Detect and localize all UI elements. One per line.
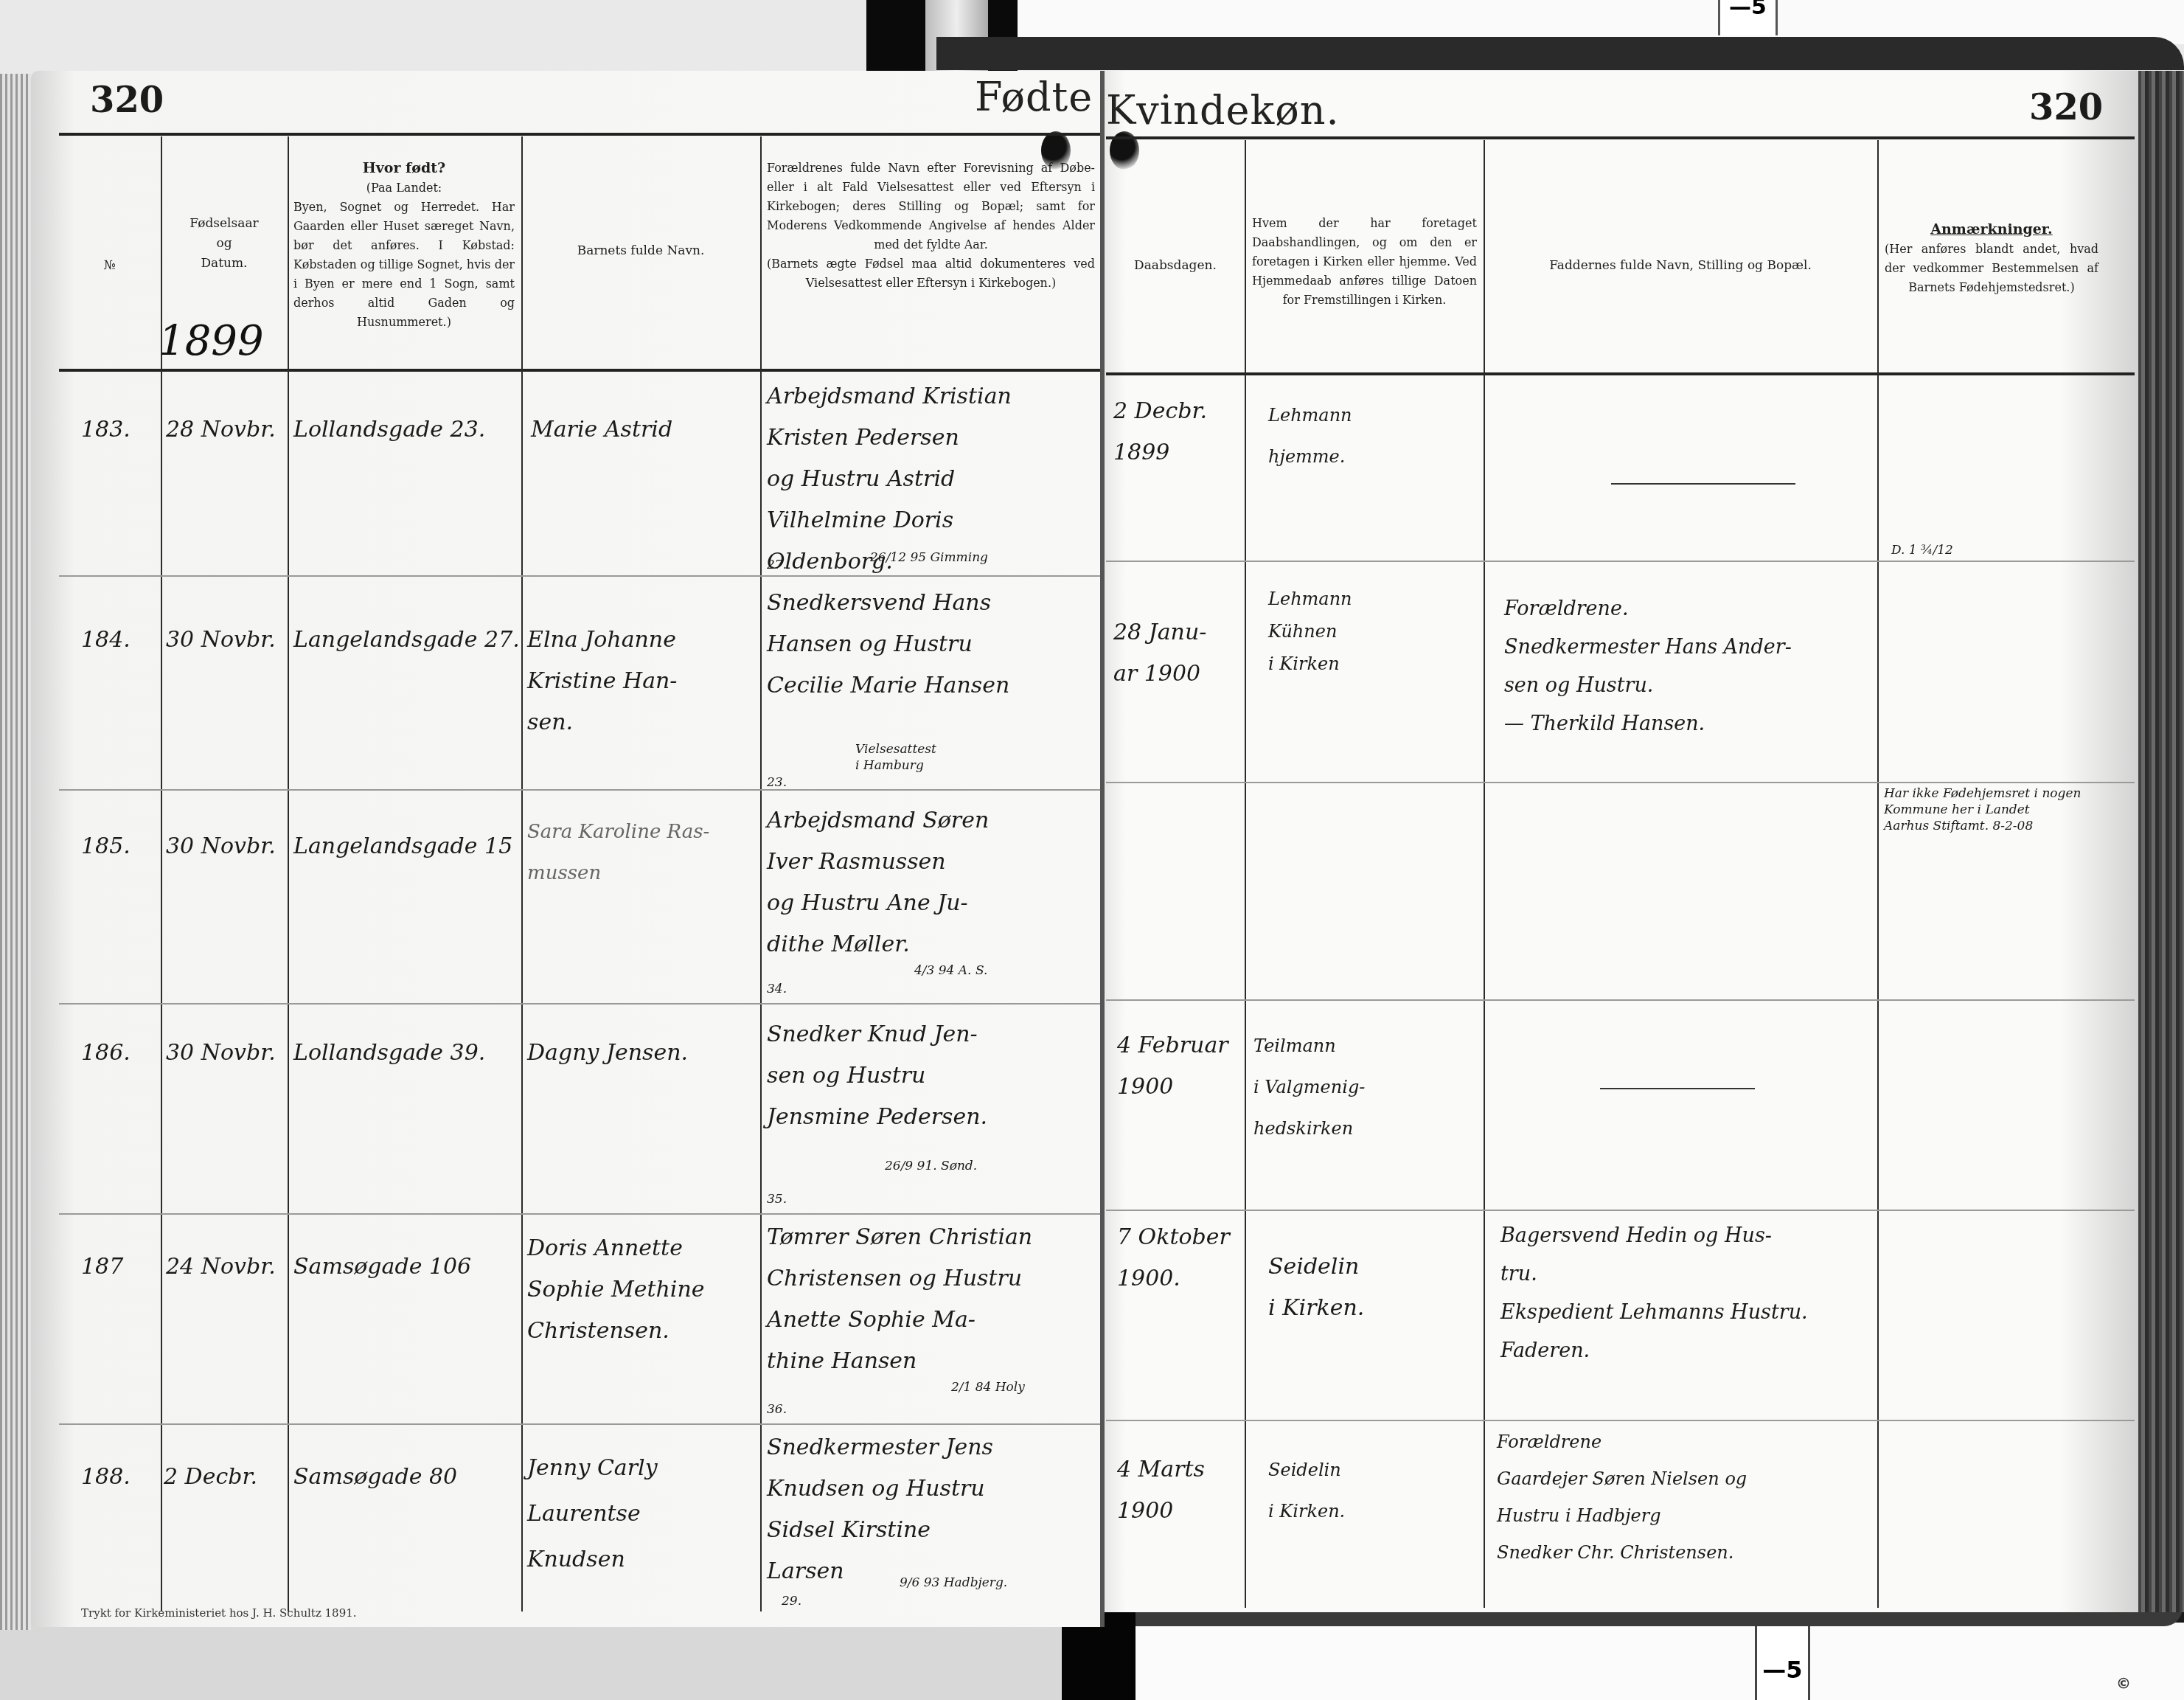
header-birthplace-title: Hvor født? [293, 159, 515, 178]
entry-godparents: Bagersvend Hedin og Hus- tru. Ekspedient… [1500, 1217, 1808, 1370]
header-parents-note: (Barnets ægte Fødsel maa altid dokumente… [767, 254, 1095, 293]
header-child-name-label: Barnets fulde Navn. [521, 241, 760, 261]
row-divider [1106, 561, 2135, 562]
header-remarks-title: Anmærkninger. [1885, 220, 2098, 240]
header-birthplace-sub: (Paa Landet: [293, 178, 515, 198]
entry-baptizer: Seidelin i Kirken. [1268, 1246, 1364, 1329]
index-tab-top: —5 [1718, 0, 1778, 35]
entry-birth-date: 24 Novbr. [166, 1246, 276, 1288]
entry-parents-note: 2/1 84 Holy [951, 1379, 1025, 1395]
header-birth-line: og [161, 234, 288, 254]
entry-birthplace: Lollandsgade 39. [293, 1033, 485, 1074]
entry-birth-date: 30 Novbr. [166, 1033, 276, 1074]
entry-birthplace: Samsøgade 80 [293, 1457, 457, 1498]
header-number-label: № [59, 256, 161, 276]
header-parents: Forældrenes fulde Navn efter Forevisning… [767, 159, 1095, 365]
entry-parents-note: 26/9 91. Sønd. [885, 1158, 977, 1174]
row-divider [59, 1423, 1100, 1425]
entry-remarks: Har ikke Fødehjemsret i nogen Kommune he… [1884, 785, 2082, 834]
row-divider [59, 1003, 1100, 1005]
column-divider [1245, 140, 1246, 1608]
header-parents-body: Forældrenes fulde Navn efter Forevisning… [767, 159, 1095, 254]
book-cover-edge [936, 37, 2184, 70]
book-edge [2138, 71, 2184, 1612]
entry-godparents: Forældrene. Snedkermester Hans Ander- se… [1504, 590, 1792, 743]
entry-mother-age: 34. [767, 981, 787, 997]
entry-parents: Snedker Knud Jen- sen og Hustru Jensmine… [767, 1014, 987, 1138]
header-birth-line: Datum. [161, 254, 288, 274]
page-number-right: 320 [2029, 87, 2103, 128]
entry-godparents: Forældrene Gaardejer Søren Nielsen og Hu… [1497, 1423, 1747, 1571]
row-divider [1106, 1420, 2135, 1421]
header-rule [1106, 136, 2135, 139]
entry-number: 184. [81, 620, 131, 661]
index-tab-bottom: —5 [1755, 1626, 1810, 1700]
column-divider [521, 136, 523, 1611]
header-remarks-body: (Her anføres blandt andet, hvad der vedk… [1885, 240, 2098, 297]
entry-child-name: Jenny Carly Laurentse Knudsen [527, 1446, 658, 1583]
entry-child-name: Doris Annette Sophie Methine Christensen… [527, 1228, 705, 1352]
entry-parents: Snedkermester Jens Knudsen og Hustru Sid… [767, 1427, 993, 1592]
header-baptism-date-label: Daabsdagen. [1106, 256, 1245, 276]
entry-number: 183. [81, 409, 131, 451]
background-shadow [866, 0, 925, 74]
entry-baptizer: Teilmann i Valgmenig- hedskirken [1253, 1025, 1365, 1149]
header-birth-date: Fødselsaar og Datum. [161, 199, 288, 288]
entry-parents: Tømrer Søren Christian Christensen og Hu… [767, 1217, 1032, 1382]
header-godparents-label: Faddernes fulde Navn, Stilling og Bopæl. [1484, 256, 1877, 276]
entry-mother-age: 29. [782, 1593, 801, 1609]
entry-mother-age: 23. [767, 774, 787, 791]
entry-mother-age: 27. [767, 557, 787, 573]
entry-baptizer: Seidelin i Kirken. [1268, 1449, 1345, 1532]
entry-child-name: Sara Karoline Ras- mussen [527, 811, 709, 894]
header-remarks: Anmærkninger. (Her anføres blandt andet,… [1885, 184, 2098, 332]
entry-birthplace: Langelandsgade 27. [293, 620, 520, 661]
header-birthplace: Hvor født? (Paa Landet: Byen, Sognet og … [293, 151, 515, 372]
page-title-left: Fødte [975, 74, 1093, 120]
entry-birth-date: 30 Novbr. [166, 826, 276, 867]
page-stack [0, 74, 31, 1630]
entry-baptism-date: 7 Oktober 1900. [1117, 1217, 1230, 1300]
entry-number: 186. [81, 1033, 131, 1074]
row-divider [1106, 999, 2135, 1001]
row-divider [1106, 782, 2135, 783]
entry-baptism-date: 4 Februar 1900 [1117, 1025, 1228, 1108]
entry-child-name: Elna Johanne Kristine Han- sen. [527, 620, 678, 743]
entry-birth-date: 28 Novbr. [166, 409, 276, 451]
column-divider [1484, 140, 1485, 1608]
header-bottom-rule [59, 369, 1100, 372]
header-number: № [59, 221, 161, 310]
entry-number: 188. [81, 1457, 131, 1498]
entry-baptism-date: 2 Decbr. 1899 [1113, 391, 1207, 473]
entry-godparents-dash [1611, 483, 1795, 485]
book-spine [1100, 71, 1105, 1627]
entry-godparents-dash [1600, 1088, 1755, 1089]
header-child-name: Barnets fulde Navn. [521, 214, 760, 288]
printer-imprint: Trykt for Kirkeministeriet hos J. H. Sch… [81, 1606, 357, 1620]
entry-baptism-date: 28 Janu- ar 1900 [1113, 612, 1206, 695]
entry-child-name: Marie Astrid [531, 409, 672, 451]
header-baptism-date: Daabsdagen. [1106, 221, 1245, 310]
entry-parents: Arbejdsmand Søren Iver Rasmussen og Hust… [767, 800, 989, 965]
entry-birthplace: Samsøgade 106 [293, 1246, 471, 1288]
entry-remarks: D. 1 ¾/12 [1891, 542, 1953, 558]
column-divider [1877, 140, 1879, 1608]
entry-baptizer: Lehmann hjemme. [1268, 395, 1352, 477]
header-godparents: Faddernes fulde Navn, Stilling og Bopæl. [1484, 221, 1877, 310]
entry-parents-note: 4/3 94 A. S. [914, 962, 987, 979]
entry-number: 187 [81, 1246, 123, 1288]
entry-birth-date: 2 Decbr. [164, 1457, 257, 1498]
row-divider [59, 1213, 1100, 1215]
page-title-right: Kvindekøn. [1106, 87, 1340, 133]
column-divider [288, 136, 289, 1611]
entry-child-name: Dagny Jensen. [527, 1033, 688, 1074]
row-divider [1106, 1210, 2135, 1211]
entry-birth-date: 30 Novbr. [166, 620, 276, 661]
entry-parents-note: 9/6 93 Hadbjerg. [900, 1575, 1007, 1591]
entry-mother-age: 35. [767, 1191, 787, 1207]
row-divider [59, 789, 1100, 791]
entry-baptizer: Lehmann Kühnen i Kirken [1268, 583, 1352, 680]
entry-parents: Snedkersvend Hans Hansen og Hustru Cecil… [767, 583, 1009, 707]
entry-mother-age: 36. [767, 1401, 787, 1418]
archive-stamp: © [2116, 1674, 2131, 1692]
header-baptizer: Hvem der har foretaget Daabshandlingen, … [1252, 188, 1477, 336]
entry-birthplace: Langelandsgade 15 [293, 826, 512, 867]
entry-parents-note: 26/12 95 Gimming [870, 549, 988, 566]
entry-parents-note: Vielsesattest i Hamburg [855, 741, 936, 774]
entry-number: 185. [81, 826, 131, 867]
next-page-bottom [1136, 1623, 2184, 1700]
header-baptizer-body: Hvem der har foretaget Daabshandlingen, … [1252, 214, 1477, 310]
header-bottom-rule [1106, 372, 2135, 375]
page-number-left: 320 [90, 80, 164, 121]
header-birthplace-body: Byen, Sognet og Herredet. Har Gaarden el… [293, 198, 515, 332]
register-year: 1899 [159, 317, 264, 365]
entry-birthplace: Lollandsgade 23. [293, 409, 485, 451]
column-divider [760, 136, 762, 1611]
header-birth-line: Fødselsaar [161, 214, 288, 234]
entry-baptism-date: 4 Marts 1900 [1117, 1449, 1205, 1532]
header-rule [59, 133, 1100, 136]
